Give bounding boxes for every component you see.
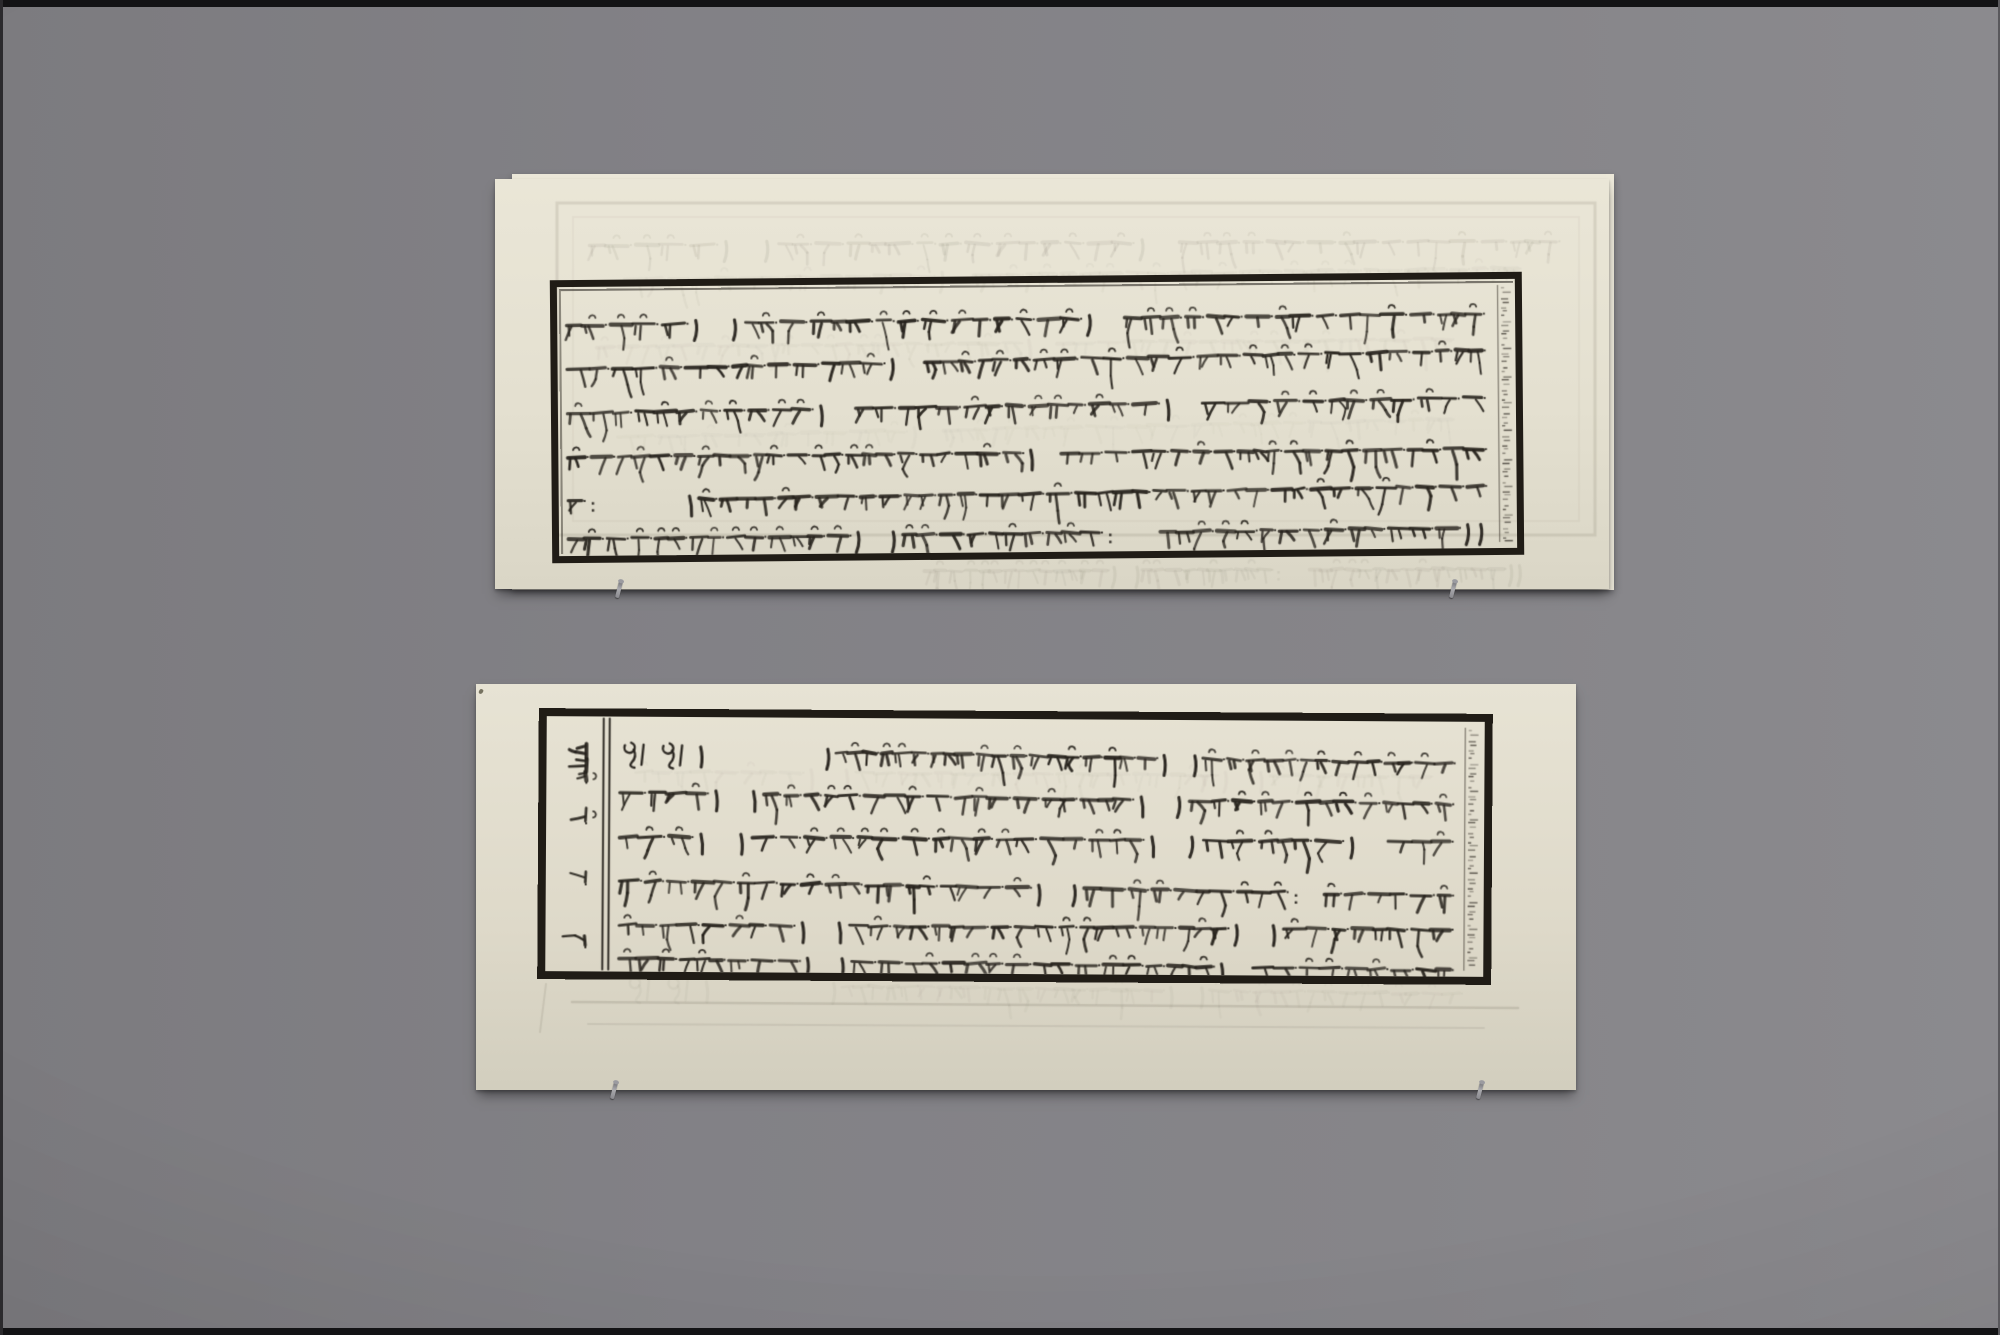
bottom-folio-print-frame: ཕྱུར་ཆུ་ཚེ་མར ༄༅། །འབྱུང་གཞིའི་འཕྲུག་པའི… <box>537 708 1493 985</box>
text-line: ཉམས་ན། །གང་ལ་འང་མི་དགའ་མོ་དགོས་གསལ་པོར་ས… <box>556 810 1474 860</box>
top-folio-transcription: ཟུར་ཕུད་དོ། །བྱད་པར་རྒྱལ་པོ་ཟླ་བ་གསོ་སྦ་… <box>567 285 1507 550</box>
text-line: པར་བརྒྱ། །ནད་དུ་མ་ཐེབ་སེམས་ལ་སྙོང་ཙ་ཞིག་… <box>556 766 1474 816</box>
bottom-folio: ཕྱུར་ཆུ་ཚེ་མར ༄༅། །འབྱུང་གཞིའི་འཕྲུག་པའི… <box>476 684 1576 1090</box>
text-line: ཅིག་ཚུར་བ་གསན་དང་། །ཡུན་རིང་སྲིད་ནས་འབད་… <box>555 898 1473 948</box>
top-folio: ཟུར་ཕུད་དོ། །བྱད་པར་རྒྱལ་པོ་ཟླ་བ་གསོ་སྦ་… <box>495 179 1609 589</box>
top-folio-print-frame: ཟུར་ཕུད་དོ། །བྱད་པར་རྒྱལ་པོ་ཟླ་བ་གསོ་སྦ་… <box>550 272 1524 563</box>
text-line: པོ་ཟླ་བ་སེང་གེས་ཡབ་ལ་འདི་སྐད་ཅེས་གསོལ་ཏོ… <box>556 854 1474 904</box>
bottom-folio-transcription: ཕྱུར་ཆུ་ཚེ་མར ༄༅། །འབྱུང་གཞིའི་འཕྲུག་པའི… <box>555 722 1474 971</box>
photo-edge-bottom <box>0 1328 2000 1335</box>
photo-edge-left <box>0 0 3 1335</box>
photo-edge-top <box>0 0 2000 7</box>
text-line: ༄༅། །འབྱུང་གཞིའི་འཕྲུག་པའི་ནད་ཀྱིས་མ་བཏབ… <box>556 722 1474 772</box>
photo-backdrop: ཟུར་ཕུད་དོ། །བྱད་པར་རྒྱལ་པོ་ཟླ་བ་གསོ་སྦ་… <box>0 0 2000 1335</box>
